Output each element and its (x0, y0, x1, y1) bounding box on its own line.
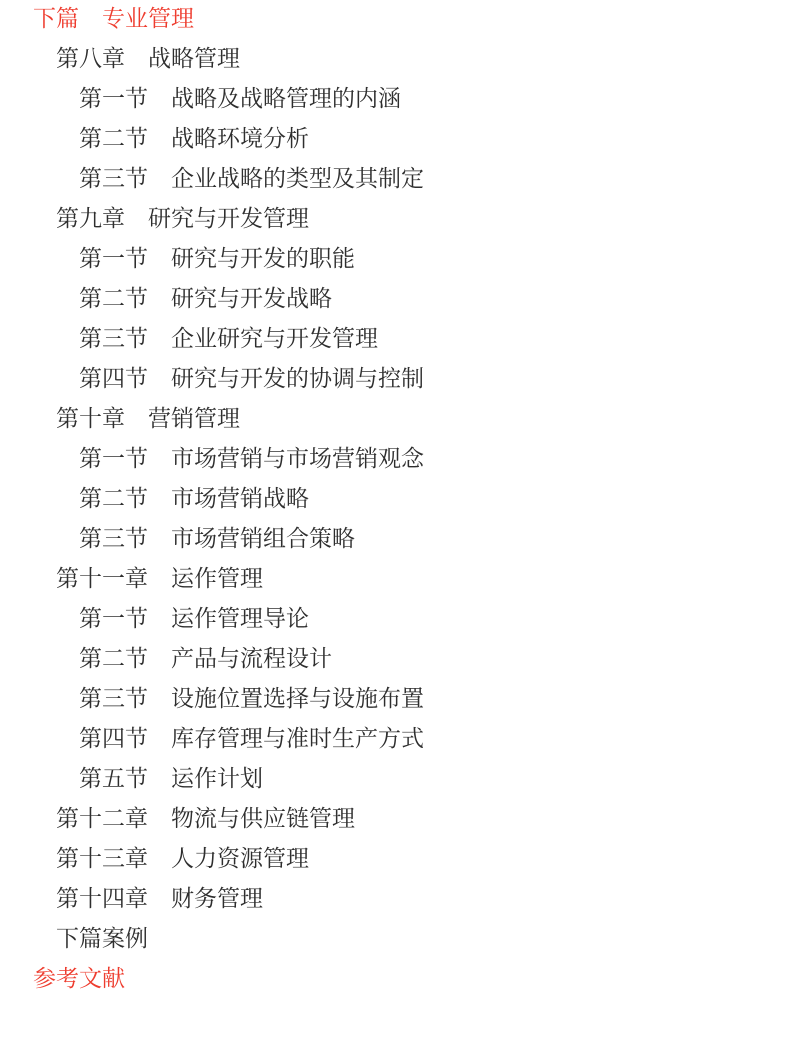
toc-chapter-entry: 第十章 营销管理 (0, 398, 790, 438)
toc-section-entry: 第一节 运作管理导论 (0, 598, 790, 638)
toc-section-entry: 第二节 战略环境分析 (0, 118, 790, 158)
toc-section-entry: 第二节 市场营销战略 (0, 478, 790, 518)
toc-section-entry: 第一节 战略及战略管理的内涵 (0, 78, 790, 118)
toc-section-entry: 第二节 产品与流程设计 (0, 638, 790, 678)
toc-chapter-entry: 第九章 研究与开发管理 (0, 198, 790, 238)
toc-section-entry: 第三节 设施位置选择与设施布置 (0, 678, 790, 718)
toc-page: 下篇 专业管理 第八章 战略管理 第一节 战略及战略管理的内涵 第二节 战略环境… (0, 0, 790, 1048)
toc-section-entry: 第一节 市场营销与市场营销观念 (0, 438, 790, 478)
toc-section-entry: 第三节 企业研究与开发管理 (0, 318, 790, 358)
toc-chapter-entry: 下篇案例 (0, 918, 790, 958)
toc-section-entry: 第四节 研究与开发的协调与控制 (0, 358, 790, 398)
toc-section-entry: 第二节 研究与开发战略 (0, 278, 790, 318)
toc-section-entry: 第四节 库存管理与准时生产方式 (0, 718, 790, 758)
toc-chapter-entry: 第八章 战略管理 (0, 38, 790, 78)
toc-section-entry: 第三节 企业战略的类型及其制定 (0, 158, 790, 198)
toc-section-entry: 第五节 运作计划 (0, 758, 790, 798)
toc-section-entry: 第一节 研究与开发的职能 (0, 238, 790, 278)
toc-chapter-entry: 第十三章 人力资源管理 (0, 838, 790, 878)
toc-part-heading: 下篇 专业管理 (0, 0, 790, 38)
toc-chapter-entry: 第十四章 财务管理 (0, 878, 790, 918)
toc-chapter-entry: 第十二章 物流与供应链管理 (0, 798, 790, 838)
toc-list: 下篇 专业管理 第八章 战略管理 第一节 战略及战略管理的内涵 第二节 战略环境… (0, 0, 790, 998)
toc-chapter-entry: 第十一章 运作管理 (0, 558, 790, 598)
toc-section-entry: 第三节 市场营销组合策略 (0, 518, 790, 558)
toc-part-heading: 参考文献 (0, 958, 790, 998)
